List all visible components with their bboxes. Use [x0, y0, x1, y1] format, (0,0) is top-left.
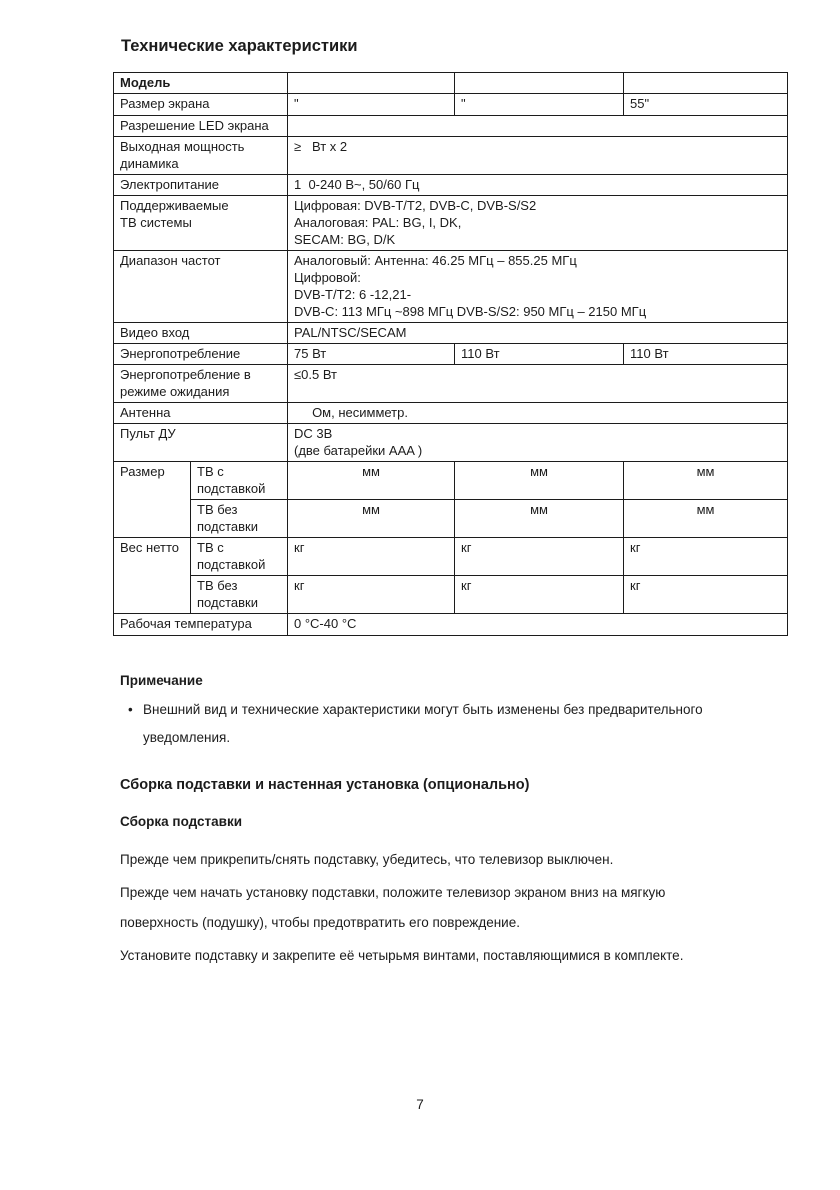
spec-sublabel: ТВ без подставки — [191, 500, 288, 538]
table-row: Энергопотребление в режиме ожидания ≤0.5… — [114, 365, 788, 403]
note-bullet-item: • Внешний вид и технические характеристи… — [120, 696, 765, 752]
page-title: Технические характеристики — [121, 36, 358, 56]
spec-value: мм — [624, 500, 788, 538]
spec-value: 75 Вт — [288, 344, 455, 365]
spec-value: мм — [288, 500, 455, 538]
table-row: Выходная мощность динамика ≥ Вт x 2 — [114, 137, 788, 175]
spec-label: Пульт ДУ — [114, 424, 288, 462]
spec-value: DC 3В (две батарейки AAA ) — [288, 424, 788, 462]
spec-value: 110 Вт — [624, 344, 788, 365]
spec-table: Модель Размер экрана " " 55" Разрешение … — [113, 72, 788, 636]
assembly-heading: Сборка подставки и настенная установка (… — [120, 775, 770, 795]
table-row: Пульт ДУ DC 3В (две батарейки AAA ) — [114, 424, 788, 462]
spec-value: кг — [624, 576, 788, 614]
table-row: Видео вход PAL/NTSC/SECAM — [114, 323, 788, 344]
spec-label: Выходная мощность динамика — [114, 137, 288, 175]
spec-value: кг — [624, 538, 788, 576]
spec-label: Модель — [114, 73, 288, 94]
spec-value: мм — [624, 462, 788, 500]
spec-group-label: Вес нетто — [114, 538, 191, 614]
note-section: Примечание • Внешний вид и технические х… — [120, 671, 765, 752]
spec-label: Энергопотребление в режиме ожидания — [114, 365, 288, 403]
spec-value: кг — [288, 538, 455, 576]
table-row: Электропитание 1 0-240 В~, 50/60 Гц — [114, 175, 788, 196]
table-row: Модель — [114, 73, 788, 94]
spec-value: PAL/NTSC/SECAM — [288, 323, 788, 344]
bullet-icon: • — [120, 696, 143, 752]
spec-value: кг — [455, 538, 624, 576]
spec-value: 1 0-240 В~, 50/60 Гц — [288, 175, 788, 196]
spec-label: Поддерживаемые ТВ системы — [114, 196, 288, 251]
spec-value: ≥ Вт x 2 — [288, 137, 788, 175]
spec-value: кг — [288, 576, 455, 614]
spec-value: " — [288, 94, 455, 116]
table-row: ТВ без подставки мм мм мм — [114, 500, 788, 538]
assembly-subheading: Сборка подставки — [120, 812, 770, 832]
table-row: Диапазон частот Аналоговый: Антенна: 46.… — [114, 251, 788, 323]
manual-page: Технические характеристики Модель Размер… — [0, 0, 840, 1190]
spec-label: Размер экрана — [114, 94, 288, 116]
spec-value: мм — [455, 462, 624, 500]
spec-value: мм — [455, 500, 624, 538]
spec-value: 110 Вт — [455, 344, 624, 365]
table-row: Размер ТВ с подставкой мм мм мм — [114, 462, 788, 500]
spec-value — [455, 73, 624, 94]
spec-sublabel: ТВ без подставки — [191, 576, 288, 614]
assembly-paragraph: Прежде чем прикрепить/снять подставку, у… — [120, 845, 742, 875]
spec-value: " — [455, 94, 624, 116]
table-row: Рабочая температура 0 °C-40 °C — [114, 614, 788, 636]
spec-label: Видео вход — [114, 323, 288, 344]
spec-value: кг — [455, 576, 624, 614]
spec-label: Рабочая температура — [114, 614, 288, 636]
note-heading: Примечание — [120, 671, 765, 691]
spec-value — [288, 116, 788, 137]
spec-value: Ом, несимметр. — [288, 403, 788, 424]
spec-value: Цифровая: DVB-T/T2, DVB-C, DVB-S/S2 Анал… — [288, 196, 788, 251]
spec-label: Диапазон частот — [114, 251, 288, 323]
spec-value — [624, 73, 788, 94]
spec-value — [288, 73, 455, 94]
note-bullet-text: Внешний вид и технические характеристики… — [143, 696, 743, 752]
spec-group-label: Размер — [114, 462, 191, 538]
table-row: Размер экрана " " 55" — [114, 94, 788, 116]
spec-value: 55" — [624, 94, 788, 116]
spec-value: ≤0.5 Вт — [288, 365, 788, 403]
table-row: Разрешение LED экрана — [114, 116, 788, 137]
assembly-paragraph: Прежде чем начать установку подставки, п… — [120, 878, 742, 938]
assembly-section: Сборка подставки и настенная установка (… — [120, 775, 770, 971]
page-number: 7 — [0, 1095, 840, 1115]
spec-label: Антенна — [114, 403, 288, 424]
spec-sublabel: ТВ с подставкой — [191, 538, 288, 576]
table-row: Энергопотребление 75 Вт 110 Вт 110 Вт — [114, 344, 788, 365]
spec-label: Электропитание — [114, 175, 288, 196]
table-row: Вес нетто ТВ с подставкой кг кг кг — [114, 538, 788, 576]
spec-value: 0 °C-40 °C — [288, 614, 788, 636]
spec-value: мм — [288, 462, 455, 500]
table-row: Антенна Ом, несимметр. — [114, 403, 788, 424]
table-row: ТВ без подставки кг кг кг — [114, 576, 788, 614]
spec-label: Разрешение LED экрана — [114, 116, 288, 137]
table-row: Поддерживаемые ТВ системы Цифровая: DVB-… — [114, 196, 788, 251]
spec-label: Энергопотребление — [114, 344, 288, 365]
spec-value: Аналоговый: Антенна: 46.25 МГц – 855.25 … — [288, 251, 788, 323]
assembly-paragraph: Установите подставку и закрепите её четы… — [120, 941, 742, 971]
spec-sublabel: ТВ с подставкой — [191, 462, 288, 500]
